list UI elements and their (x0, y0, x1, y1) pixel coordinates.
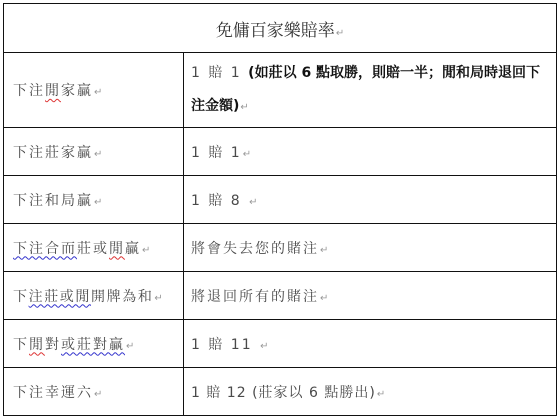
paragraph-mark-icon: ↵ (94, 389, 102, 400)
payout-cell[interactable]: 1 賠 12 (莊家以 6 點勝出)↵ (184, 368, 557, 416)
table-row: 下注和局贏↵ 1 賠 8 ↵ (4, 176, 557, 224)
payout-text: 1 賠 1 (191, 145, 242, 161)
bet-text: 贏 (125, 241, 141, 257)
paragraph-mark-icon: ↵ (320, 293, 328, 304)
payout-cell[interactable]: 1 賠 8 ↵ (184, 176, 557, 224)
payout-text: 1 賠 8 (191, 193, 248, 209)
payout-text: 將會失去您的賭注 (191, 241, 319, 257)
paragraph-mark-icon: ↵ (377, 389, 385, 400)
bet-text: 下注和局贏 (13, 193, 93, 209)
table-row: 下注閒家贏↵ 1 賠 1 (如莊以 6 點取勝，則賠一半；閒和局時退回下注金額)… (4, 53, 557, 128)
spellcheck-flag: 閒 (45, 83, 61, 99)
paragraph-mark-icon: ↵ (336, 28, 344, 39)
paragraph-mark-icon: ↵ (240, 102, 248, 113)
table-title-cell[interactable]: 免傭百家樂賠率↵ (4, 4, 557, 53)
bet-text: 家贏 (61, 83, 93, 99)
paragraph-mark-icon: ↵ (260, 341, 268, 352)
bet-type-cell[interactable]: 下注和局贏↵ (4, 176, 184, 224)
payout-table: 免傭百家樂賠率↵ 下注閒家贏↵ 1 賠 1 (如莊以 6 點取勝，則賠一半；閒和… (3, 3, 557, 416)
grammar-flag: 注莊或閒 (29, 289, 91, 305)
bet-type-cell[interactable]: 下注合而莊或閒贏↵ (4, 224, 184, 272)
bet-text: 下注莊家贏 (13, 145, 93, 161)
bet-text: 下 (13, 337, 29, 353)
bet-text: 莊或 (77, 241, 109, 257)
bet-type-cell[interactable]: 下注閒家贏↵ (4, 53, 184, 128)
payout-cell[interactable]: 將會失去您的賭注↵ (184, 224, 557, 272)
paragraph-mark-icon: ↵ (94, 149, 102, 160)
bet-text: 對 (45, 337, 61, 353)
paragraph-mark-icon: ↵ (94, 87, 102, 98)
paragraph-mark-icon: ↵ (142, 245, 150, 256)
paragraph-mark-icon: ↵ (94, 197, 102, 208)
bet-type-cell[interactable]: 下閒對或莊對贏↵ (4, 320, 184, 368)
bet-type-cell[interactable]: 下注莊家贏↵ (4, 128, 184, 176)
payout-cell[interactable]: 1 賠 1↵ (184, 128, 557, 176)
paragraph-mark-icon: ↵ (249, 197, 257, 208)
table-title: 免傭百家樂賠率 (216, 21, 335, 41)
bet-text: 下注 (13, 83, 45, 99)
bet-text: 開牌為和 (91, 289, 153, 305)
bet-text: 下注幸運六 (13, 385, 93, 401)
paragraph-mark-icon: ↵ (154, 293, 162, 304)
paragraph-mark-icon: ↵ (320, 245, 328, 256)
paragraph-mark-icon: ↵ (126, 341, 134, 352)
payout-text: 1 賠 12 (莊家以 6 點勝出) (191, 385, 376, 401)
payout-text: 將退回所有的賭注 (191, 289, 319, 305)
table-row: 下注莊家贏↵ 1 賠 1↵ (4, 128, 557, 176)
bet-type-cell[interactable]: 下注幸運六↵ (4, 368, 184, 416)
grammar-flag: 或莊對贏 (61, 337, 125, 353)
payout-text: 1 賠 1 (191, 65, 248, 81)
table-row: 下注合而莊或閒贏↵ 將會失去您的賭注↵ (4, 224, 557, 272)
payout-text: 1 賠 11 (191, 337, 259, 353)
payout-cell[interactable]: 1 賠 1 (如莊以 6 點取勝，則賠一半；閒和局時退回下注金額)↵ (184, 53, 557, 128)
bet-text: 下 (13, 289, 29, 305)
table-row: 下注莊或閒開牌為和↵ 將退回所有的賭注↵ (4, 272, 557, 320)
grammar-flag: 下注合而 (13, 241, 77, 257)
bet-type-cell[interactable]: 下注莊或閒開牌為和↵ (4, 272, 184, 320)
table-row: 下閒對或莊對贏↵ 1 賠 11 ↵ (4, 320, 557, 368)
spellcheck-flag: 閒 (109, 241, 125, 257)
payout-cell[interactable]: 1 賠 11 ↵ (184, 320, 557, 368)
paragraph-mark-icon: ↵ (243, 149, 251, 160)
table-row: 下注幸運六↵ 1 賠 12 (莊家以 6 點勝出)↵ (4, 368, 557, 416)
payout-cell[interactable]: 將退回所有的賭注↵ (184, 272, 557, 320)
spellcheck-flag: 閒 (29, 337, 45, 353)
